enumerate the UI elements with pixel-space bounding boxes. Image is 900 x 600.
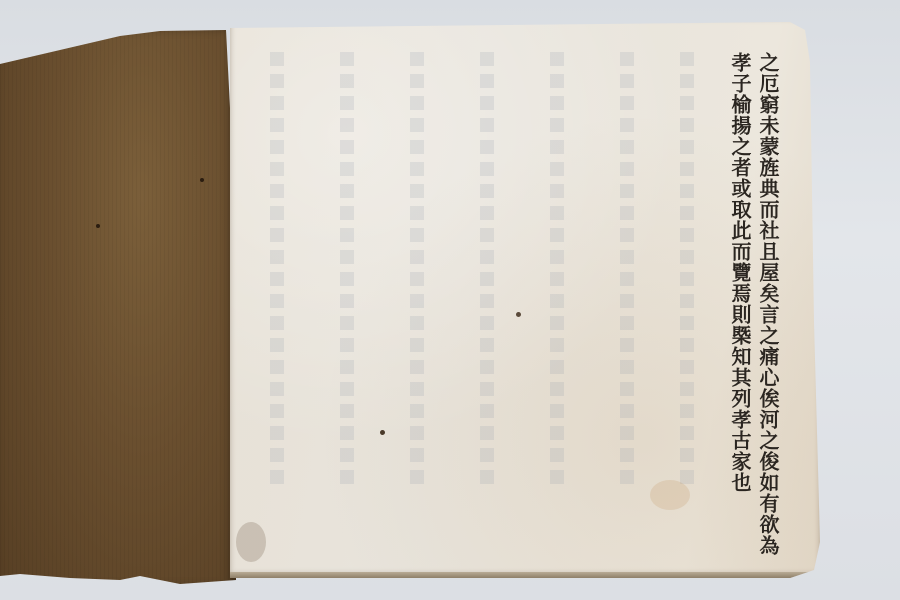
bleed-through-column [270,52,284,492]
cover-spot [96,224,100,228]
bleed-through-column [550,52,564,492]
calligraphy-column-right: 之厄窮未蒙旌典而社且屋矣言之痛心俟河之俊如有欲為 [756,52,780,556]
bleed-through-column [680,52,694,492]
bleed-through-column [480,52,494,492]
book-photo: 之厄窮未蒙旌典而社且屋矣言之痛心俟河之俊如有欲為 孝子榆揚之者或取此而覽焉則槩知… [0,0,900,600]
calligraphy-column-left: 孝子榆揚之者或取此而覽焉則槩知其列孝古家也 [728,52,752,493]
bleed-through-column [410,52,424,492]
bleed-through-column [340,52,354,492]
ink-spot [516,312,521,317]
ink-spot [380,430,385,435]
page-edge [230,572,820,578]
stain [236,522,266,562]
bleed-through-column [620,52,634,492]
book-cover [0,28,236,588]
cover-spot [200,178,204,182]
stain [650,480,690,510]
